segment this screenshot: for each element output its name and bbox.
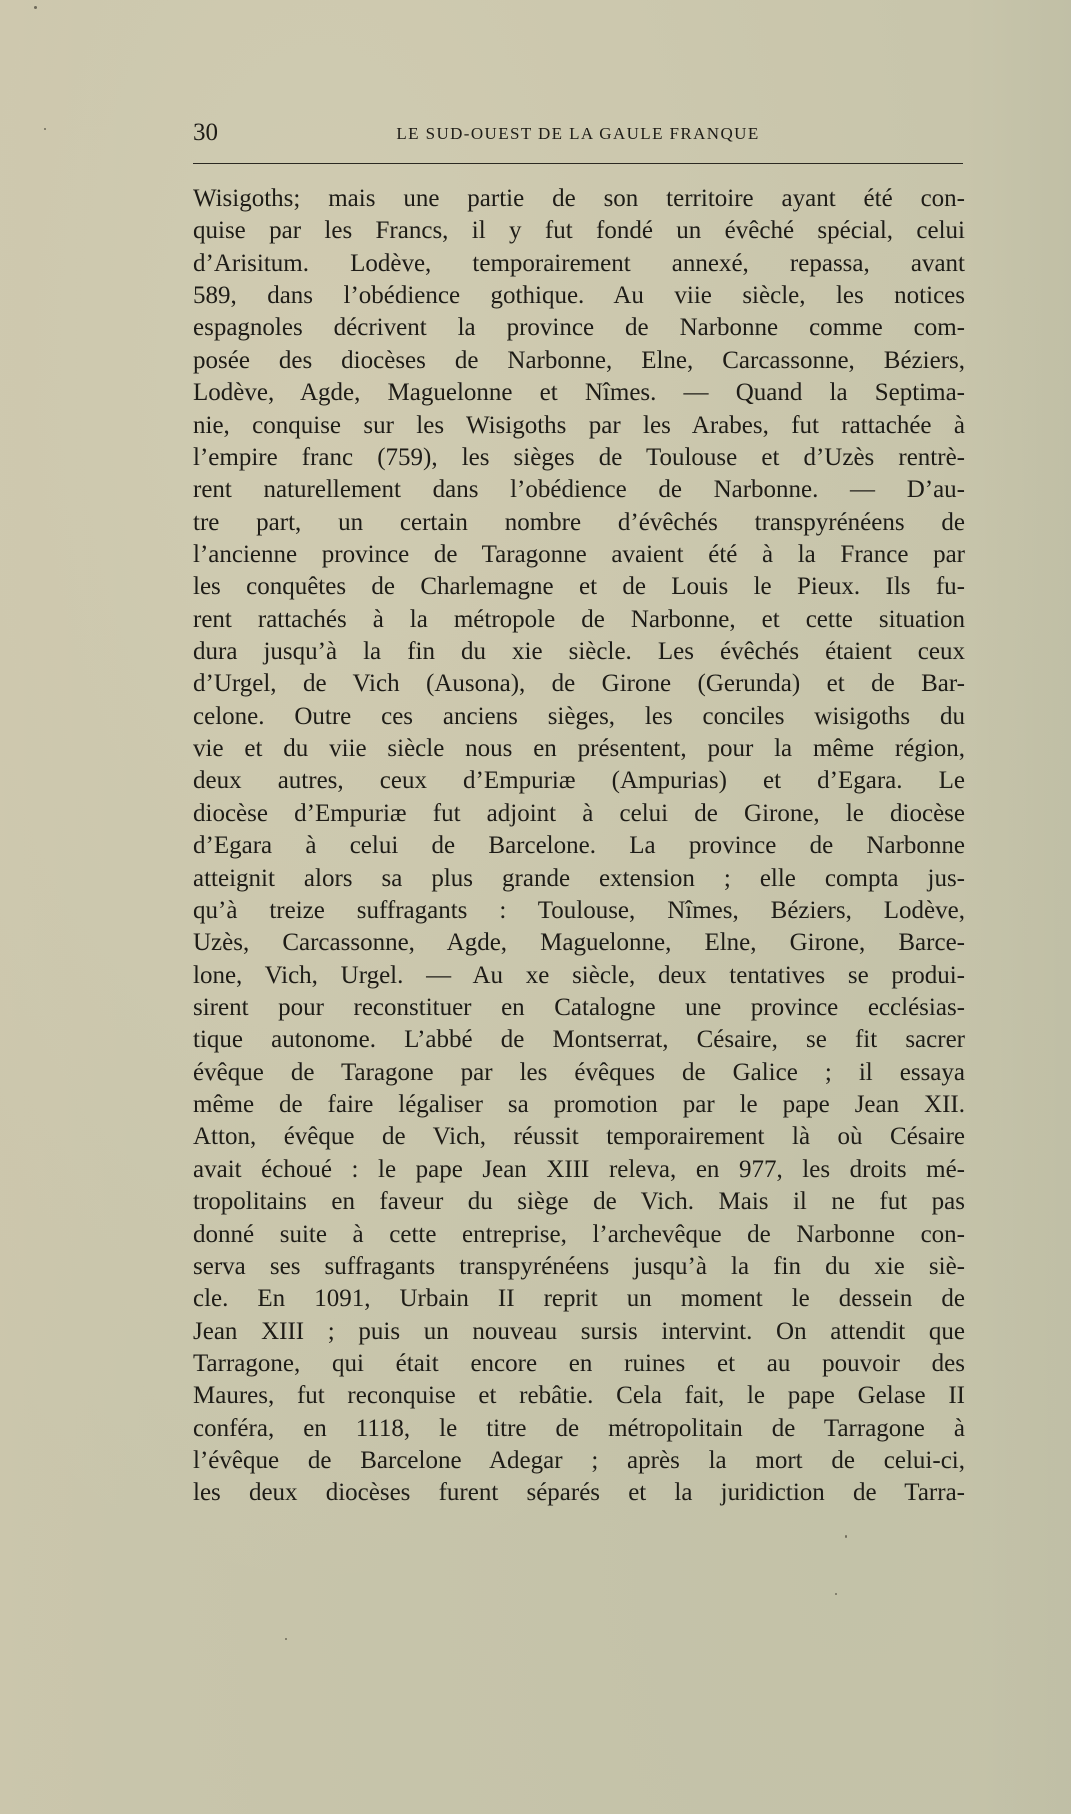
paper-speck bbox=[835, 1593, 837, 1595]
paper-speck bbox=[34, 6, 37, 9]
text-line: Lodève, Agde, Maguelonne et Nîmes. — Qua… bbox=[193, 377, 965, 409]
text-line: évêque de Taragone par les évêques de Ga… bbox=[193, 1057, 965, 1089]
text-line: Wisigoths; mais une partie de son territ… bbox=[193, 183, 965, 215]
text-line: même de faire légaliser sa promotion par… bbox=[193, 1089, 965, 1121]
text-line: serva ses suffragants transpyrénéens jus… bbox=[193, 1251, 965, 1283]
text-line: d’Arisitum. Lodève, temporairement annex… bbox=[193, 248, 965, 280]
text-line: celone. Outre ces anciens sièges, les co… bbox=[193, 701, 965, 733]
paper-speck bbox=[845, 1535, 847, 1538]
text-line: atteignit alors sa plus grande extension… bbox=[193, 863, 965, 895]
text-line: l’empire franc (759), les sièges de Toul… bbox=[193, 442, 965, 474]
text-line: lone, Vich, Urgel. — Au xe siècle, deux … bbox=[193, 960, 965, 992]
text-line: posée des diocèses de Narbonne, Elne, Ca… bbox=[193, 345, 965, 377]
text-line: les deux diocèses furent séparés et la j… bbox=[193, 1477, 965, 1509]
text-line: les conquêtes de Charlemagne et de Louis… bbox=[193, 571, 965, 603]
text-line: Jean XIII ; puis un nouveau sursis inter… bbox=[193, 1316, 965, 1348]
text-line: tique autonome. L’abbé de Montserrat, Cé… bbox=[193, 1024, 965, 1056]
text-line: tre part, un certain nombre d’évêchés tr… bbox=[193, 507, 965, 539]
text-line: vie et du viie siècle nous en présentent… bbox=[193, 733, 965, 765]
text-line: avait échoué : le pape Jean XIII releva,… bbox=[193, 1154, 965, 1186]
text-line: l’évêque de Barcelone Adegar ; après la … bbox=[193, 1445, 965, 1477]
text-line: Atton, évêque de Vich, réussit temporair… bbox=[193, 1121, 965, 1153]
text-line: espagnoles décrivent la province de Narb… bbox=[193, 312, 965, 344]
text-line: sirent pour reconstituer en Catalogne un… bbox=[193, 992, 965, 1024]
text-line: conféra, en 1118, le titre de métropolit… bbox=[193, 1413, 965, 1445]
text-line: dura jusqu’à la fin du xie siècle. Les é… bbox=[193, 636, 965, 668]
text-line: diocèse d’Empuriæ fut adjoint à celui de… bbox=[193, 798, 965, 830]
text-line: l’ancienne province de Taragonne avaient… bbox=[193, 539, 965, 571]
text-line: Maures, fut reconquise et rebâtie. Cela … bbox=[193, 1380, 965, 1412]
text-line: quise par les Francs, il y fut fondé un … bbox=[193, 215, 965, 247]
text-line: Uzès, Carcassonne, Agde, Maguelonne, Eln… bbox=[193, 927, 965, 959]
text-line: Tarragone, qui était encore en ruines et… bbox=[193, 1348, 965, 1380]
text-line: deux autres, ceux d’Empuriæ (Ampurias) e… bbox=[193, 765, 965, 797]
text-line: d’Egara à celui de Barcelone. La provinc… bbox=[193, 830, 965, 862]
paper-speck bbox=[44, 128, 46, 130]
text-line: tropolitains en faveur du siège de Vich.… bbox=[193, 1186, 965, 1218]
text-line: 589, dans l’obédience gothique. Au viie … bbox=[193, 280, 965, 312]
text-line: qu’à treize suffragants : Toulouse, Nîme… bbox=[193, 895, 965, 927]
text-line: rent naturellement dans l’obédience de N… bbox=[193, 474, 965, 506]
book-page: 30 LE SUD-OUEST DE LA GAULE FRANQUE Wisi… bbox=[0, 0, 1071, 1814]
header-rule bbox=[193, 163, 963, 164]
page-header: 30 LE SUD-OUEST DE LA GAULE FRANQUE bbox=[193, 118, 963, 158]
running-head: LE SUD-OUEST DE LA GAULE FRANQUE bbox=[193, 121, 963, 147]
text-line: cle. En 1091, Urbain II reprit un moment… bbox=[193, 1283, 965, 1315]
text-line: d’Urgel, de Vich (Ausona), de Girone (Ge… bbox=[193, 668, 965, 700]
text-line: donné suite à cette entreprise, l’archev… bbox=[193, 1219, 965, 1251]
text-line: rent rattachés à la métropole de Narbonn… bbox=[193, 604, 965, 636]
body-text: Wisigoths; mais une partie de son territ… bbox=[193, 183, 965, 1510]
text-line: nie, conquise sur les Wisigoths par les … bbox=[193, 410, 965, 442]
paper-speck bbox=[285, 1638, 287, 1640]
